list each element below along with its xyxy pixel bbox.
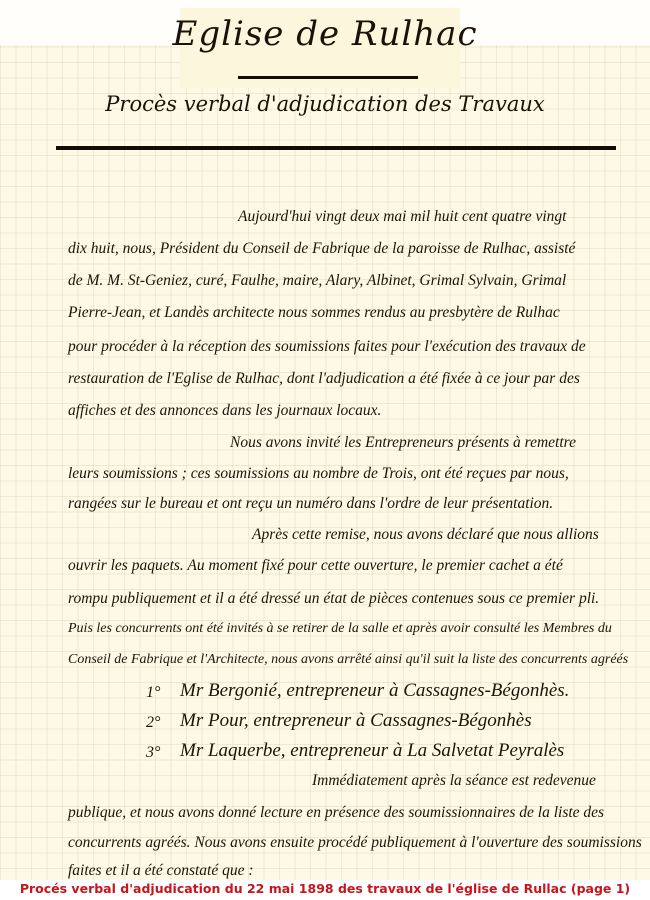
- body-line: Nous avons invité les Entrepreneurs prés…: [230, 434, 576, 452]
- body-line: rompu publiquement et il a été dressé un…: [68, 590, 599, 608]
- image-caption: Procés verbal d'adjudication du 22 mai 1…: [0, 881, 650, 896]
- body-line: concurrents agréés. Nous avons ensuite p…: [68, 834, 642, 852]
- title-underline: [238, 76, 418, 79]
- contractor-number: 1°: [146, 684, 160, 702]
- document-title: Eglise de Rulhac: [0, 14, 650, 54]
- contractor-number: 3°: [146, 744, 160, 762]
- body-line: dix huit, nous, Président du Conseil de …: [68, 240, 575, 258]
- body-line: Immédiatement après la séance est redeve…: [312, 772, 596, 790]
- body-line: leurs soumissions ; ces soumissions au n…: [68, 465, 569, 483]
- body-line: rangées sur le bureau et ont reçu un num…: [68, 495, 553, 513]
- contractor-entry: Mr Bergonié, entrepreneur à Cassagnes-Bé…: [180, 680, 569, 702]
- body-line: de M. M. St-Geniez, curé, Faulhe, maire,…: [68, 272, 566, 290]
- body-line: restauration de l'Eglise de Rulhac, dont…: [68, 370, 580, 388]
- body-line: ouvrir les paquets. Au moment fixé pour …: [68, 557, 563, 575]
- contractor-number: 2°: [146, 714, 160, 732]
- subtitle-underline: [56, 146, 616, 150]
- contractor-entry: Mr Laquerbe, entrepreneur à La Salvetat …: [180, 740, 564, 762]
- body-line: faites et il a été constaté que :: [68, 862, 254, 880]
- body-line: Puis les concurrents ont été invités à s…: [68, 621, 612, 637]
- document-subtitle: Procès verbal d'adjudication des Travaux: [0, 92, 650, 116]
- body-line: Pierre-Jean, et Landès architecte nous s…: [68, 304, 560, 322]
- body-line: affiches et des annonces dans les journa…: [68, 402, 381, 420]
- body-line: Après cette remise, nous avons déclaré q…: [252, 526, 599, 544]
- body-line: Aujourd'hui vingt deux mai mil huit cent…: [238, 208, 566, 226]
- contractor-entry: Mr Pour, entrepreneur à Cassagnes-Bégonh…: [180, 710, 532, 732]
- body-line: Conseil de Fabrique et l'Architecte, nou…: [68, 652, 628, 668]
- body-line: pour procéder à la réception des soumiss…: [68, 338, 586, 356]
- manuscript-page: Eglise de Rulhac Procès verbal d'adjudic…: [0, 0, 650, 880]
- body-line: publique, et nous avons donné lecture en…: [68, 804, 604, 822]
